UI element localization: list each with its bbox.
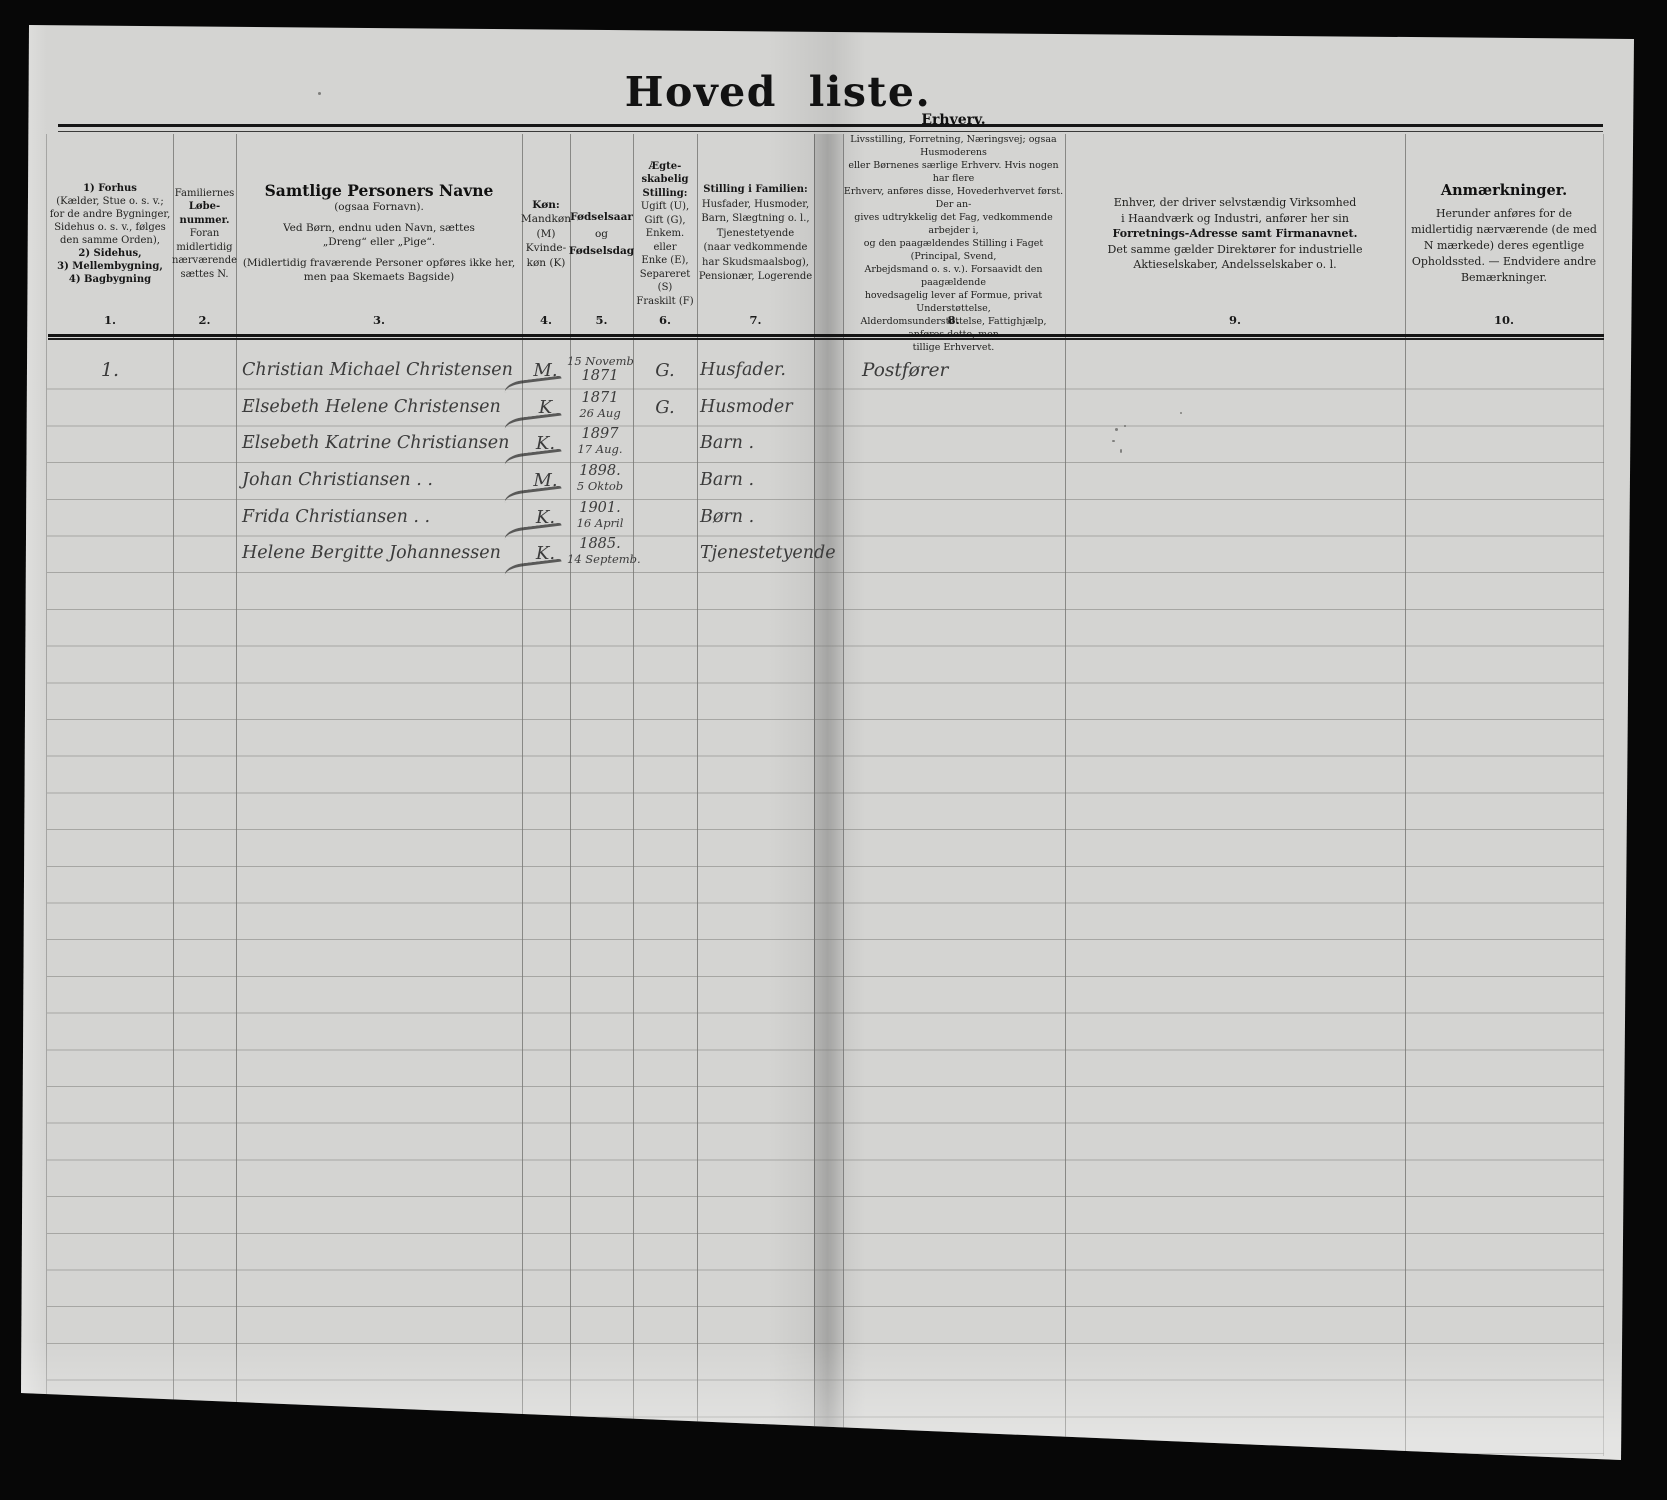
family-position-cell: Tjenestetyende — [700, 535, 910, 572]
header-text-line: Ægte- — [649, 160, 681, 174]
column-header-personers-navne: Samtlige Personers Navne(ogsaa Fornavn).… — [237, 136, 521, 332]
header-text-line: (M) — [537, 227, 556, 242]
page-bottom-edge-highlight — [20, 1340, 1630, 1460]
birthdate-cell: 1897 17 Aug. — [567, 425, 633, 457]
census-row: Elsebeth Katrine Christiansen K. 1897 17… — [0, 425, 1667, 462]
header-text-line: Bemærkninger. — [1461, 270, 1547, 286]
name-cell: Elsebeth Katrine Christiansen — [242, 425, 542, 462]
marital-status-cell: G. — [633, 352, 697, 389]
name-cell: Frida Christiansen . . — [242, 499, 542, 536]
header-text-line: (ogsaa Fornavn). — [334, 200, 424, 214]
header-text-line: men paa Skemaets Bagside) — [304, 270, 454, 284]
header-text-line: Herunder anføres for de — [1436, 206, 1572, 222]
column-header-foedselsaar: FødselsaarogFødselsdag — [571, 136, 632, 332]
header-text-line: Løbe- — [189, 200, 220, 214]
family-position-cell: Barn . — [700, 425, 910, 462]
header-text-line: Enkem. eller — [634, 227, 696, 254]
header-text-line: Ved Børn, endnu uden Navn, sættes — [283, 221, 475, 235]
header-text-line: Opholdssted. — Endvidere andre — [1412, 254, 1596, 270]
column-number-2: 2. — [174, 308, 235, 332]
header-text-line: Livsstilling, Forretning, Næringsvej; og… — [843, 133, 1064, 159]
census-row: 1. Christian Michael Christensen M. 15 N… — [0, 352, 1667, 389]
header-text-line: Fødselsaar — [570, 209, 633, 226]
header-text-line: Tjenestetyende — [717, 227, 794, 242]
header-text-line: midlertidig — [176, 241, 232, 255]
header-text-line: „Dreng“ eller „Pige“. — [323, 235, 435, 249]
header-text-line: Mandkøn — [521, 212, 571, 227]
header-text-line: Kvinde- — [526, 241, 566, 256]
ink-speck — [1180, 412, 1182, 414]
header-text-line: Erhverv, anføres disse, Hovederhvervet f… — [843, 185, 1064, 211]
header-text-line: Barn, Slægtning o. l., — [701, 212, 809, 227]
header-text-line: den samme Orden), — [60, 234, 160, 247]
ink-speck — [318, 92, 321, 95]
census-row: Elsebeth Helene Christensen K 1871 26 Au… — [0, 389, 1667, 426]
census-row: Frida Christiansen . . K. 1901. 16 April… — [0, 499, 1667, 536]
header-text-line: Sidehus o. s. v., følges — [54, 221, 166, 234]
column-number-4: 4. — [523, 308, 569, 332]
family-position-cell: Barn . — [700, 462, 910, 499]
header-text-line: Samtlige Personers Navne — [265, 184, 494, 198]
header-text-line: og den paagældendes Stilling i Faget (Pr… — [843, 237, 1064, 263]
column-header-stilling-i-familien: Stilling i Familien:Husfader, Husmoder,B… — [698, 136, 813, 332]
header-text-line: Enhver, der driver selvstændig Virksomhe… — [1114, 195, 1357, 211]
header-text-line: Separeret — [640, 268, 691, 282]
header-text-line: gives udtrykkelig det Fag, vedkommende a… — [843, 211, 1064, 237]
name-cell: Johan Christiansen . . — [242, 462, 542, 499]
column-number-8: 8. — [843, 308, 1064, 332]
header-text-line: Stilling: — [643, 187, 688, 201]
header-text-line: Stilling i Familien: — [703, 183, 807, 198]
header-text-line: Fødselsdag — [569, 243, 634, 260]
column-number-5: 5. — [571, 308, 632, 332]
house-number-cell: 1. — [48, 352, 172, 389]
birthdate-cell: 1901. 16 April — [567, 499, 633, 531]
column-header-forhus: 1) Forhus(Kælder, Stue o. s. v.;for de a… — [48, 136, 172, 332]
ink-speck — [1120, 449, 1122, 453]
header-text-line: N mærkede) deres egentlige — [1424, 238, 1584, 254]
header-text-line: Det samme gælder Direktører for industri… — [1108, 242, 1363, 258]
header-text-line: for de andre Bygninger, — [50, 208, 171, 221]
header-text-line: eller Børnenes særlige Erhverv. Hvis nog… — [843, 159, 1064, 185]
header-text-line: skabelig — [642, 173, 689, 187]
name-cell: Elsebeth Helene Christensen — [242, 389, 542, 426]
census-row: Johan Christiansen . . M. 1898. 5 Oktob … — [0, 462, 1667, 499]
header-text-line: Enke (E), — [641, 254, 688, 268]
header-text-line: nærværende — [172, 254, 237, 268]
header-text-line: Arbejdsmand o. s. v.). Forsaavidt den pa… — [843, 263, 1064, 289]
header-text-line: Pensionær, Logerende — [699, 270, 812, 285]
header-text-line: midlertidig nærværende (de med — [1411, 222, 1597, 238]
header-text-line: Familiernes — [175, 187, 235, 201]
header-text-line: 3) Mellembygning, — [57, 260, 163, 273]
birthdate-cell: 15 Novemb 1871 — [567, 352, 633, 384]
header-text-line: 1) Forhus — [83, 182, 137, 195]
header-text-line: Husfader, Husmoder, — [702, 198, 809, 213]
header-text-line: i Haandværk og Industri, anfører her sin — [1121, 211, 1349, 227]
header-text-line: (Kælder, Stue o. s. v.; — [56, 195, 163, 208]
header-text-line: køn (K) — [527, 256, 566, 271]
column-number-6: 6. — [634, 308, 696, 332]
marital-status-cell: G. — [633, 389, 697, 426]
column-number-3: 3. — [237, 308, 521, 332]
column-header-loebenummer: FamiliernesLøbe-nummer.Foranmidlertidign… — [174, 136, 235, 332]
census-row: Helene Bergitte Johannessen K. 1885. 14 … — [0, 535, 1667, 572]
column-header-erhverv: Erhverv.Livsstilling, Forretning, Næring… — [843, 136, 1064, 332]
header-text-line: Gift (G), — [644, 214, 685, 228]
column-number-9: 9. — [1066, 308, 1404, 332]
header-text-line: 4) Bagbygning — [69, 273, 151, 286]
header-text-line: 2) Sidehus, — [78, 247, 141, 260]
header-text-line: og — [595, 226, 608, 243]
header-text-line: nummer. — [180, 214, 230, 228]
occupation-cell: Postfører — [862, 352, 1102, 389]
family-position-cell: Børn . — [700, 499, 910, 536]
scanned-census-page: { "page": { "title": "Hoved liste.", "co… — [0, 0, 1667, 1500]
column-header-forretnings-adresse: Enhver, der driver selvstændig Virksomhe… — [1066, 136, 1404, 332]
header-bottom-rule — [48, 334, 1604, 340]
name-cell: Christian Michael Christensen — [242, 352, 542, 389]
ink-speck — [1124, 425, 1126, 427]
column-number-1: 1. — [48, 308, 172, 332]
family-position-cell: Husmoder — [700, 389, 910, 426]
ink-speck — [1115, 428, 1118, 431]
column-header-aegteskabelig: Ægte-skabeligStilling:Ugift (U),Gift (G)… — [634, 136, 696, 332]
column-header-koen: Køn:Mandkøn(M)Kvinde-køn (K) — [523, 136, 569, 332]
header-text-line: (Midlertidig fraværende Personer opføres… — [243, 256, 515, 270]
column-number-7: 7. — [698, 308, 813, 332]
header-text-line: Køn: — [532, 198, 559, 213]
column-header-anmaerkninger: Anmærkninger.Herunder anføres for demidl… — [1406, 136, 1602, 332]
birthdate-cell: 1898. 5 Oktob — [567, 462, 633, 494]
header-text-line: har Skudsmaalsbog), — [702, 256, 809, 271]
header-text-line: Erhverv. — [921, 114, 985, 127]
birthdate-cell: 1871 26 Aug — [567, 389, 633, 421]
header-text-line: Aktieselskaber, Andelsselskaber o. l. — [1133, 257, 1336, 273]
name-cell: Helene Bergitte Johannessen — [242, 535, 542, 572]
header-text-line: (naar vedkommende — [704, 241, 808, 256]
page-left-edge-highlight — [21, 25, 47, 1405]
header-text-line: Anmærkninger. — [1441, 183, 1567, 199]
census-page: Hoved liste. 1) Forhus(Kælder, Stue o. s… — [0, 0, 1667, 1500]
header-text-line: (S) — [658, 281, 673, 295]
header-text-line: Forretnings-Adresse samt Firmanavnet. — [1113, 226, 1358, 242]
header-text-line: Fraskilt (F) — [636, 295, 693, 309]
column-number-10: 10. — [1406, 308, 1602, 332]
birthdate-cell: 1885. 14 Septemb. — [567, 535, 633, 567]
header-text-line: Ugift (U), — [641, 200, 689, 214]
ink-speck — [1112, 440, 1115, 442]
header-text-line: Foran — [190, 227, 220, 241]
header-text-line: sættes N. — [180, 268, 228, 282]
